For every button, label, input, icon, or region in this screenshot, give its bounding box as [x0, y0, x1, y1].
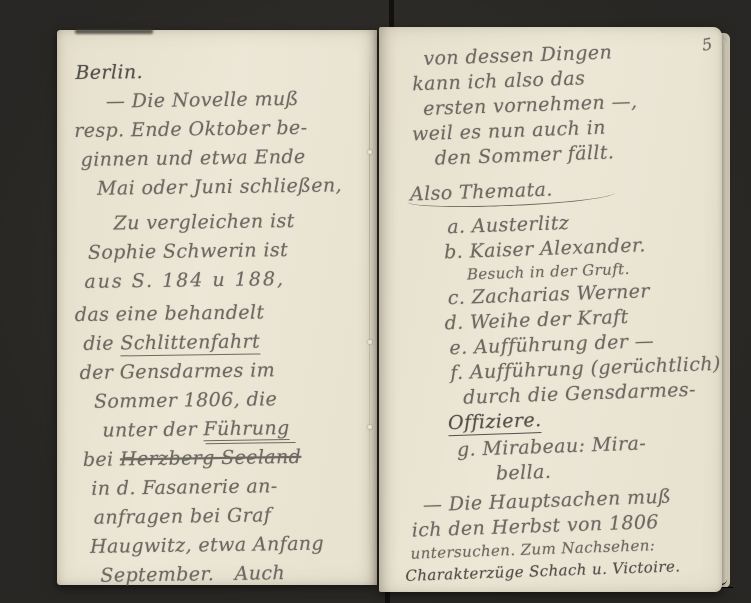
handwritten-line: Berlin. [75, 58, 365, 91]
double-underlined-word: Führung [203, 417, 290, 441]
handwritten-line: Zu vergleichen ist [113, 209, 367, 242]
left-page-handwriting: Berlin. — Die Novelle muß resp. Ende Okt… [69, 58, 372, 594]
handwritten-line: Sophie Schwerin ist [88, 238, 368, 271]
crossed-out-words: Herzberg Seeland [120, 446, 302, 471]
handwritten-line: unter der Führung [102, 416, 370, 449]
handwritten-line: Haugwitz, etwa Anfang [90, 532, 372, 565]
handwritten-line: ginnen und etwa Ende [81, 145, 367, 178]
underlined-word: Offiziere. [448, 409, 542, 436]
underlined-word: Schlittenfahrt [120, 330, 260, 356]
handwritten-line: resp. Ende Oktober be- [74, 116, 366, 149]
binding-stitch [368, 150, 372, 154]
handwritten-line: Mai oder Juni schließen, [97, 174, 367, 207]
handwritten-line: der Gensdarmes im [79, 358, 369, 391]
photo-of-open-notebook: { "page_number": "5", "colors": { "paper… [0, 0, 751, 603]
right-page-handwriting: von dessen Dingen kann ich also das erst… [393, 38, 737, 589]
line-text: die [83, 332, 120, 355]
handwritten-line: — Die Novelle muß [106, 87, 366, 120]
notebook-right-page: 5 von dessen Dingen kann ich also das er… [379, 27, 722, 592]
handwritten-line: September. Auch [100, 561, 372, 594]
handwritten-line: in d. Fasanerie an- [91, 474, 371, 507]
line-text: unter der [102, 418, 203, 441]
handwritten-line: anfragen bei Graf [94, 503, 372, 536]
underlined-heading: Also Themata. [410, 179, 553, 206]
line-text: bei [83, 448, 120, 471]
page-edge-smudge [75, 29, 153, 34]
notebook-left-page: Berlin. — Die Novelle muß resp. Ende Okt… [57, 30, 377, 585]
handwritten-line: die Schlittenfahrt [83, 329, 369, 362]
handwritten-line: Sommer 1806, die [94, 387, 370, 420]
handwritten-line: das eine behandelt [75, 300, 369, 333]
handwritten-line: aus S. 184 u 188, [84, 267, 368, 300]
handwritten-line: bei Herzberg Seeland [83, 445, 371, 478]
